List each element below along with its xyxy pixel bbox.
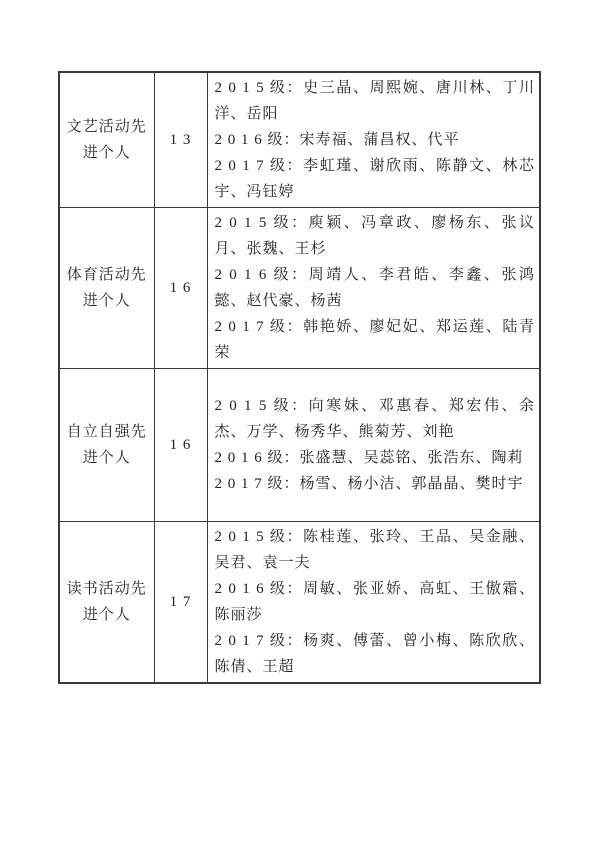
count-cell: 1 6 [154, 369, 207, 522]
category-cell: 文艺活动先进个人 [59, 72, 154, 208]
names-cell: 2 0 1 5 级：陈桂莲、张玲、王品、吴金融、吴君、袁一夫 2 0 1 6 级… [207, 522, 540, 684]
grade-entry: 2 0 1 7 级：杨爽、傅蕾、曾小梅、陈欣欣、陈倩、王超 [215, 628, 536, 680]
grade-entry: 2 0 1 7 级：李虹瑾、谢欣雨、陈静文、林芯宇、冯钰婷 [215, 153, 536, 205]
grade-entry: 2 0 1 5 级：史三晶、周熙婉、唐川林、丁川洋、岳阳 [215, 75, 536, 127]
category-cell: 体育活动先进个人 [59, 208, 154, 369]
table-row: 文艺活动先进个人 1 3 2 0 1 5 级：史三晶、周熙婉、唐川林、丁川洋、岳… [59, 72, 540, 208]
table-row: 体育活动先进个人 1 6 2 0 1 5 级：庾颖、冯章政、廖杨东、张议月、张魏… [59, 208, 540, 369]
names-cell: 2 0 1 5 级：史三晶、周熙婉、唐川林、丁川洋、岳阳 2 0 1 6 级：宋… [207, 72, 540, 208]
grade-entry: 2 0 1 5 级：向寒妹、邓惠春、郑宏伟、余杰、万学、杨秀华、熊菊芳、刘艳 [215, 393, 536, 445]
table-row: 读书活动先进个人 1 7 2 0 1 5 级：陈桂莲、张玲、王品、吴金融、吴君、… [59, 522, 540, 684]
table-row: 自立自强先进个人 1 6 2 0 1 5 级：向寒妹、邓惠春、郑宏伟、余杰、万学… [59, 369, 540, 522]
grade-entry: 2 0 1 5 级：庾颖、冯章政、廖杨东、张议月、张魏、王杉 [215, 210, 536, 262]
grade-entry: 2 0 1 6 级：宋寿福、蒲昌权、代平 [215, 127, 536, 153]
count-cell: 1 6 [154, 208, 207, 369]
category-cell: 自立自强先进个人 [59, 369, 154, 522]
count-cell: 1 7 [154, 522, 207, 684]
names-cell: 2 0 1 5 级：向寒妹、邓惠春、郑宏伟、余杰、万学、杨秀华、熊菊芳、刘艳 2… [207, 369, 540, 522]
category-cell: 读书活动先进个人 [59, 522, 154, 684]
grade-entry: 2 0 1 6 级：张盛慧、吴蕊铭、张浩东、陶莉 [215, 445, 536, 471]
document-page: 文艺活动先进个人 1 3 2 0 1 5 级：史三晶、周熙婉、唐川林、丁川洋、岳… [0, 0, 595, 842]
grade-entry: 2 0 1 6 级：周靖人、李君皓、李鑫、张鸿懿、赵代豪、杨茜 [215, 262, 536, 314]
award-table: 文艺活动先进个人 1 3 2 0 1 5 级：史三晶、周熙婉、唐川林、丁川洋、岳… [58, 71, 541, 684]
names-cell: 2 0 1 5 级：庾颖、冯章政、廖杨东、张议月、张魏、王杉 2 0 1 6 级… [207, 208, 540, 369]
grade-entry: 2 0 1 6 级：周敏、张亚娇、高虹、王傲霜、陈丽莎 [215, 576, 536, 628]
grade-entry: 2 0 1 5 级：陈桂莲、张玲、王品、吴金融、吴君、袁一夫 [215, 524, 536, 576]
count-cell: 1 3 [154, 72, 207, 208]
grade-entry: 2 0 1 7 级：韩艳娇、廖妃妃、郑运莲、陆青荣 [215, 314, 536, 366]
grade-entry: 2 0 1 7 级：杨雪、杨小洁、郭晶晶、樊时宇 [215, 471, 536, 497]
